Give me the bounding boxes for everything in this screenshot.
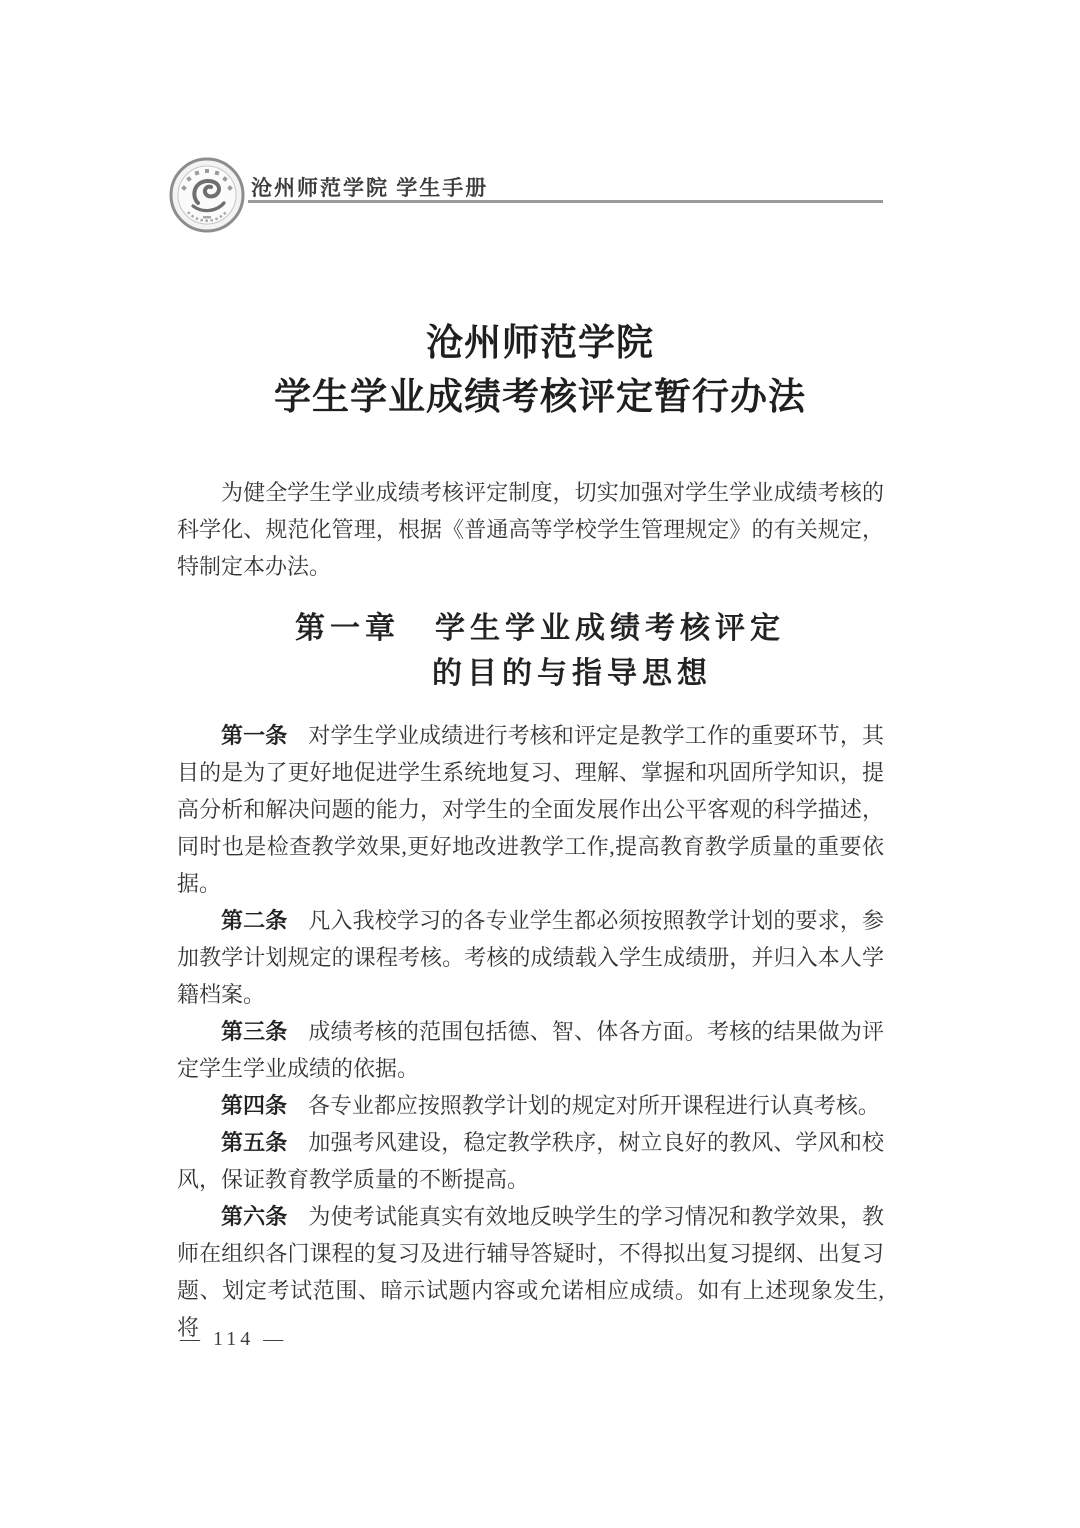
article-text-1: 对学生学业成绩进行考核和评定是教学工作的重要环节，其目的是为了更好地促进学生系统… — [177, 723, 884, 896]
article-text-4: 各专业都应按照教学计划的规定对所开课程进行认真考核。 — [308, 1093, 880, 1118]
article-paragraph-3: 第三条成绩考核的范围包括德、智、体各方面。考核的结果做为评定学生学业成绩的依据。 — [177, 1013, 884, 1087]
chapter-heading-line1: 第一章 学生学业成绩考核评定 — [0, 606, 1080, 651]
article-paragraph-2: 第二条凡入我校学习的各专业学生都必须按照教学计划的要求，参加教学计划规定的课程考… — [177, 902, 884, 1013]
chapter-heading: 第一章 学生学业成绩考核评定 的目的与指导思想 — [0, 606, 1080, 696]
intro-paragraph: 为健全学生学业成绩考核评定制度，切实加强对学生学业成绩考核的科学化、规范化管理，… — [177, 474, 884, 585]
chapter-heading-line2: 的目的与指导思想 — [32, 651, 1080, 696]
document-page: 沧州师范学院 学生手册 沧州师范学院 学生学业成绩考核评定暂行办法 为健全学生学… — [0, 0, 1080, 1528]
header-brand-text: 沧州师范学院 学生手册 — [251, 172, 488, 202]
page-number: — 114 — — [180, 1328, 287, 1351]
article-number-4: 第四条 — [221, 1093, 287, 1118]
article-paragraph-1: 第一条对学生学业成绩进行考核和评定是教学工作的重要环节，其目的是为了更好地促进学… — [177, 717, 884, 902]
document-title-line2: 学生学业成绩考核评定暂行办法 — [0, 371, 1080, 425]
article-paragraph-5: 第五条加强考风建设，稳定教学秩序，树立良好的教风、学风和校风，保证教育教学质量的… — [177, 1124, 884, 1198]
seal-icon — [168, 156, 246, 234]
article-paragraph-4: 第四条各专业都应按照教学计划的规定对所开课程进行认真考核。 — [177, 1087, 884, 1124]
article-number-6: 第六条 — [221, 1204, 287, 1229]
article-number-5: 第五条 — [221, 1130, 287, 1155]
article-number-2: 第二条 — [221, 908, 287, 933]
document-title-line1: 沧州师范学院 — [0, 317, 1080, 371]
article-paragraph-6: 第六条为使考试能真实有效地反映学生的学习情况和教学效果，教师在组织各门课程的复习… — [177, 1198, 884, 1346]
document-title: 沧州师范学院 学生学业成绩考核评定暂行办法 — [0, 317, 1080, 425]
article-number-3: 第三条 — [221, 1019, 287, 1044]
header-divider — [248, 200, 883, 203]
article-number-1: 第一条 — [221, 723, 287, 748]
articles-section: 第一条对学生学业成绩进行考核和评定是教学工作的重要环节，其目的是为了更好地促进学… — [177, 717, 884, 1346]
school-seal-logo — [168, 156, 246, 234]
